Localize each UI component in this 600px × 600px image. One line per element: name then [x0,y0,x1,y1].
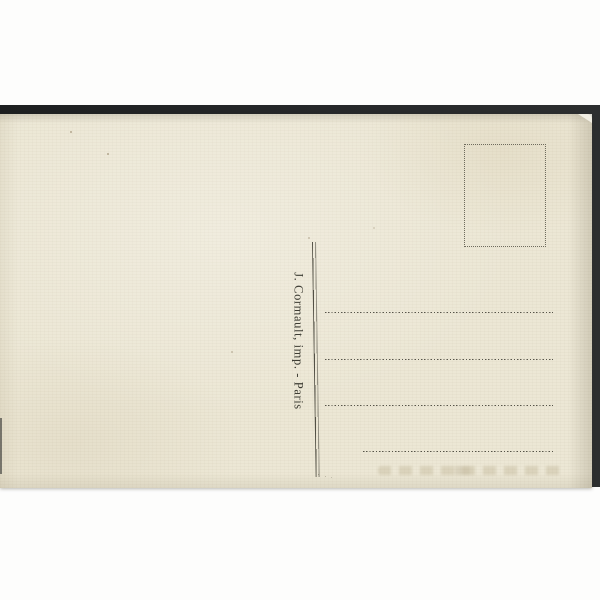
offset-ink-smudge [378,466,566,475]
paper-speck [373,227,375,229]
backdrop-sliver [0,418,2,474]
postcard-back: J. Cormault, imp. - Paris [0,114,592,488]
paper-speck [107,153,109,155]
paper-speck [308,237,310,239]
address-line [325,312,553,314]
address-line [325,405,553,407]
postcard-photo: J. Cormault, imp. - Paris [0,0,600,600]
paper-speck [325,476,326,477]
paper-speck [70,131,72,133]
paper-speck [331,477,332,478]
address-line [325,359,553,361]
address-line [363,451,553,453]
address-lines [0,114,592,488]
paper-speck [318,474,319,475]
paper-speck [231,351,233,353]
